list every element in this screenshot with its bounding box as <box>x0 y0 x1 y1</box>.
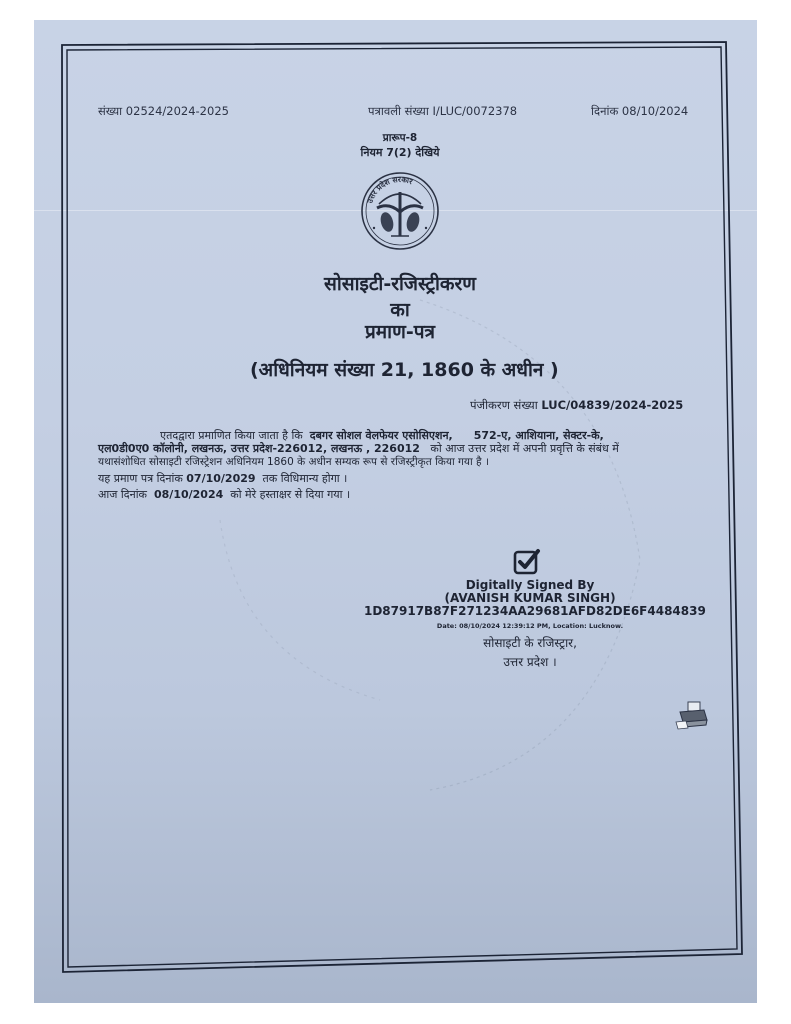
validity-suffix: तक विधिमान्य होगा । <box>263 472 348 485</box>
form-number: प्रारूप-8 <box>0 131 791 145</box>
certificate-title: सोसाइटी-रजिस्ट्रीकरण <box>0 270 791 296</box>
signer-name: (AVANISH KUMAR SINGH) <box>430 591 630 605</box>
serial-number: संख्या 02524/2024-2025 <box>98 104 229 119</box>
registration-number: पंजीकरण संख्या LUC/04839/2024-2025 <box>470 398 683 413</box>
society-address-part2: एल0डी0ए0 कॉलोनी, लखनऊ, उत्तर प्रदेश-2260… <box>98 442 420 455</box>
header-date: दिनांक 08/10/2024 <box>591 104 688 119</box>
signature-date-location: Date: 08/10/2024 12:39:12 PM, Location: … <box>420 622 640 630</box>
issued-suffix: को मेरे हस्ताक्षर से दिया गया । <box>230 488 350 501</box>
registrar-state: उत्तर प्रदेश । <box>430 653 630 670</box>
body-line-3: यथासंशोधित सोसाइटी रजिस्ट्रेशन अधिनियम 1… <box>98 455 489 469</box>
registrar-designation: सोसाइटी के रजिस्ट्रार, <box>430 634 630 651</box>
up-government-emblem-icon: उत्तर प्रदेश सरकार <box>359 170 441 252</box>
file-number: पत्रावली संख्या I/LUC/0072378 <box>368 104 517 119</box>
issued-prefix: आज दिनांक <box>98 488 147 501</box>
registration-value: LUC/04839/2024-2025 <box>541 398 683 412</box>
issued-line: आज दिनांक 08/10/2024 को मेरे हस्ताक्षर स… <box>98 487 350 502</box>
body-line-2: एल0डी0ए0 कॉलोनी, लखनऊ, उत्तर प्रदेश-2260… <box>98 441 619 456</box>
checkbox-check-icon <box>513 548 541 576</box>
validity-prefix: यह प्रमाण पत्र दिनांक <box>98 472 183 485</box>
validity-date: 07/10/2029 <box>186 472 255 485</box>
digitally-signed-label: Digitally Signed By <box>430 578 630 592</box>
issued-date: 08/10/2024 <box>154 488 223 501</box>
svg-text:उत्तर प्रदेश सरकार: उत्तर प्रदेश सरकार <box>365 175 415 206</box>
certificate-subtitle: प्रमाण-पत्र <box>0 318 791 344</box>
body-continuation: को आज उत्तर प्रदेश में अपनी प्रवृत्ति के… <box>430 442 618 455</box>
certificate-id: 1D87917B87F271234AA29681AFD82DE6F4484839 <box>364 604 694 618</box>
rule-reference: नियम 7(2) देखिये <box>0 145 791 160</box>
scanned-paper <box>34 20 757 1003</box>
printer-icon[interactable] <box>672 700 710 732</box>
act-reference: (अधिनियम संख्या 21, 1860 के अधीन ) <box>250 356 559 382</box>
registration-label: पंजीकरण संख्या <box>470 398 538 412</box>
validity-line: यह प्रमाण पत्र दिनांक 07/10/2029 तक विधि… <box>98 471 347 486</box>
